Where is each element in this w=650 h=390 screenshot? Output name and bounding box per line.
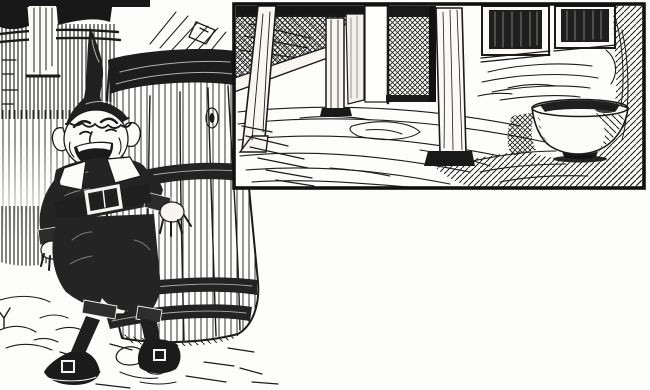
window-2 [554,6,616,51]
straw-sketch [150,12,226,54]
shoe-left [44,352,100,385]
inset-panel [232,4,644,188]
window-1 [481,6,550,62]
door-board [346,14,364,104]
twig [0,308,10,328]
hand-right [160,202,184,222]
doorway-screen [386,6,436,102]
doorway-gap [429,6,436,102]
door-jamb [365,6,388,103]
shoe-right [138,339,181,373]
breeches [52,214,160,314]
engraving-figure: Black-and-white engraving: a laughing br… [0,0,650,390]
page: Black-and-white engraving: a laughing br… [0,0,650,390]
leg-left [70,316,100,358]
